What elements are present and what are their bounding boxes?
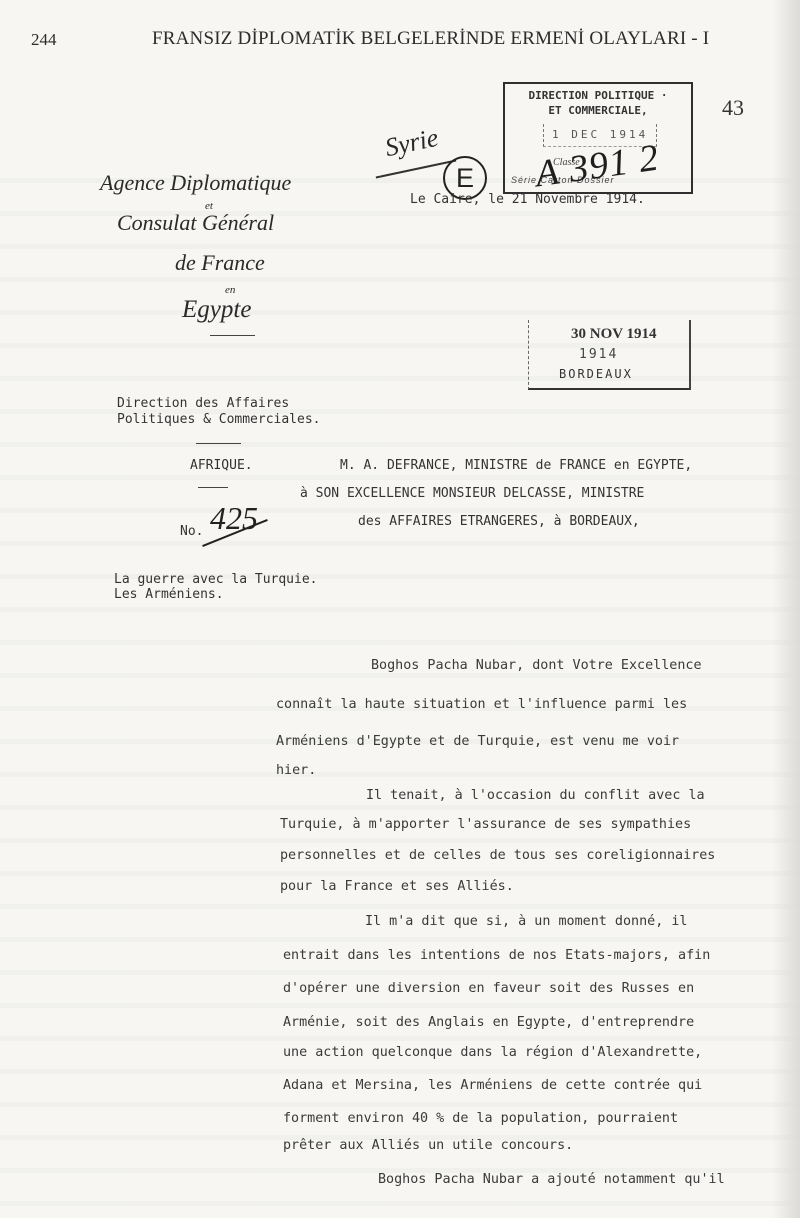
body-line: Turquie, à m'apporter l'assurance de ses… <box>280 817 691 832</box>
address-line2: à SON EXCELLENCE MONSIEUR DELCASSE, MINI… <box>300 486 644 501</box>
body-line: pour la France et ses Alliés. <box>280 879 514 894</box>
stamp-line1: DIRECTION POLITIQUE · <box>505 89 691 102</box>
address-line1: M. A. DEFRANCE, MINISTRE de FRANCE en EG… <box>340 458 692 473</box>
letterhead-en: en <box>225 284 235 296</box>
body-line: prêter aux Alliés un utile concours. <box>283 1138 573 1153</box>
direction-line2: Politiques & Commerciales. <box>117 412 321 428</box>
letterhead-line2: Consulat Général <box>117 210 274 236</box>
bordeaux-stamp: 30 NOV 1914 1914 BORDEAUX <box>528 320 691 390</box>
dispatch-number-label: No. <box>180 524 203 539</box>
direction-rule <box>196 443 241 444</box>
book-title: FRANSIZ DİPLOMATİK BELGELERİNDE ERMENİ O… <box>152 28 709 50</box>
letterhead-line3: de France <box>175 250 265 276</box>
bordeaux-stamp-date: 30 NOV 1914 <box>571 326 657 343</box>
bordeaux-stamp-city: BORDEAUX <box>559 367 633 381</box>
book-header: 244 FRANSIZ DİPLOMATİK BELGELERİNDE ERME… <box>0 28 800 58</box>
letterhead-line1: Agence Diplomatique <box>100 170 291 196</box>
reception-stamp: DIRECTION POLITIQUE · ET COMMERCIALE, 1 … <box>503 82 693 194</box>
body-line: d'opérer une diversion en faveur soit de… <box>283 981 694 996</box>
body-line: forment environ 40 % de la population, p… <box>283 1111 678 1126</box>
body-line: Arméniens d'Egypte et de Turquie, est ve… <box>276 734 679 749</box>
document-number: 43 <box>722 95 744 121</box>
body-line: personnelles et de celles de tous ses co… <box>280 848 715 863</box>
body-line: Boghos Pacha Nubar a ajouté notamment qu… <box>378 1172 725 1187</box>
body-line: Arménie, soit des Anglais en Egypte, d'e… <box>283 1015 694 1030</box>
body-line: Il tenait, à l'occasion du conflit avec … <box>366 788 705 803</box>
body-line: Il m'a dit que si, à un moment donné, il <box>365 914 687 929</box>
page-number: 244 <box>31 30 57 50</box>
place-date: Le Caire, le 21 Novembre 1914. <box>410 192 645 207</box>
letterhead-rule <box>210 335 255 336</box>
subject-block: La guerre avec la Turquie. Les Arméniens… <box>114 572 318 602</box>
region-label: AFRIQUE. <box>190 458 253 473</box>
body-line: Boghos Pacha Nubar, dont Votre Excellenc… <box>371 658 702 673</box>
subject-line2: Les Arméniens. <box>114 587 318 602</box>
body-line: Adana et Mersina, les Arméniens de cette… <box>283 1078 702 1093</box>
direction-block: Direction des Affaires Politiques & Comm… <box>117 396 321 428</box>
region-rule <box>198 487 228 488</box>
body-line: une action quelconque dans la région d'A… <box>283 1045 702 1060</box>
direction-line1: Direction des Affaires <box>117 396 321 412</box>
body-line: connaît la haute situation et l'influenc… <box>276 697 687 712</box>
letterhead-line4: Egypte <box>182 296 251 324</box>
body-line: entrait dans les intentions de nos Etats… <box>283 948 710 963</box>
body-line: hier. <box>276 763 316 778</box>
subject-line1: La guerre avec la Turquie. <box>114 572 318 587</box>
stamp-line2: ET COMMERCIALE, <box>505 104 691 117</box>
address-line3: des AFFAIRES ETRANGERES, à BORDEAUX, <box>358 514 640 529</box>
page-gutter-shadow <box>772 0 800 1218</box>
bordeaux-stamp-year: 1914 <box>579 347 618 362</box>
